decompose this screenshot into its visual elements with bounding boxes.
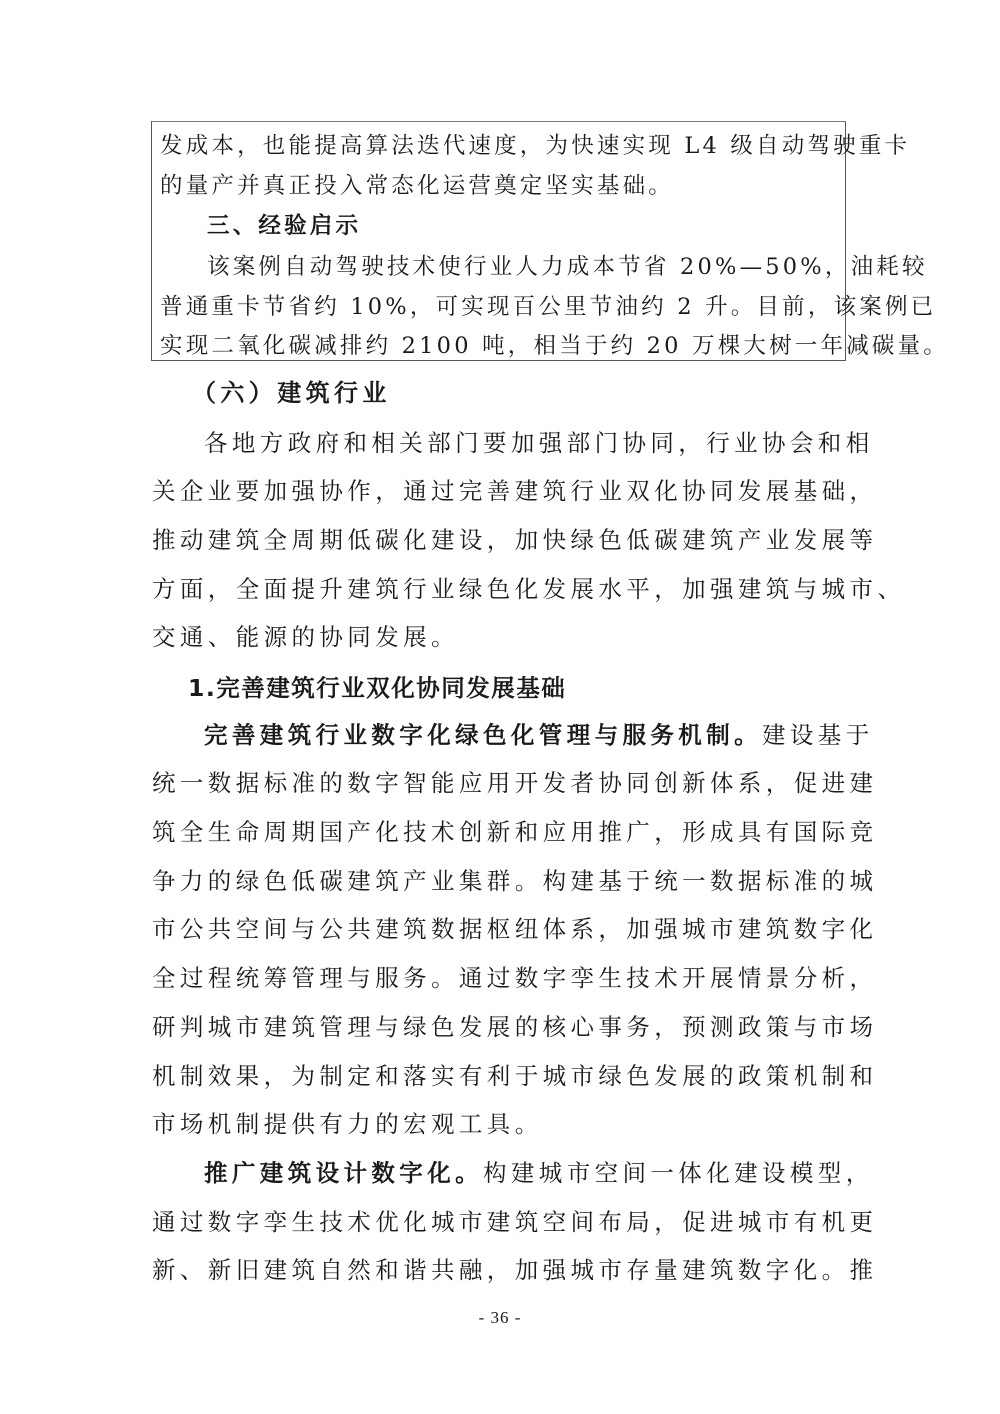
paragraph-line: 机制效果，为制定和落实有利于城市绿色发展的政策机制和: [152, 1061, 877, 1091]
case-summary-line: 该案例自动驾驶技术使行业人力成本节省 20%—50%，油耗较: [207, 252, 928, 282]
case-text-line: 的量产并真正投入常态化运营奠定坚实基础。: [160, 171, 674, 201]
document-page: 发成本，也能提高算法迭代速度，为快速实现 L4 级自动驾驶重卡 的量产并真正投入…: [0, 0, 1000, 1414]
intro-line: 关企业要加强协作，通过完善建筑行业双化协同发展基础，: [152, 476, 877, 506]
case-text-line: 发成本，也能提高算法迭代速度，为快速实现 L4 级自动驾驶重卡: [160, 131, 910, 161]
paragraph-line: 筑全生命周期国产化技术创新和应用推广，形成具有国际竞: [152, 817, 877, 847]
intro-line: 交通、能源的协同发展。: [152, 622, 459, 652]
paragraph-line: 市场机制提供有力的宏观工具。: [152, 1109, 543, 1139]
paragraph-line: 研判城市建筑管理与绿色发展的核心事务，预测政策与市场: [152, 1012, 877, 1042]
paragraph-bold-lead: 推广建筑设计数字化。: [204, 1159, 483, 1187]
paragraph-rest: 构建城市空间一体化建设模型，: [483, 1159, 874, 1187]
paragraph-line: 统一数据标准的数字智能应用开发者协同创新体系，促进建: [152, 768, 877, 798]
intro-line: 各地方政府和相关部门要加强部门协同，行业协会和相: [204, 428, 874, 458]
case-heading: 三、经验启示: [207, 211, 361, 241]
case-summary-line: 普通重卡节省约 10%，可实现百公里节油约 2 升。目前，该案例已: [160, 292, 936, 322]
paragraph-line: 市公共空间与公共建筑数据枢纽体系，加强城市建筑数字化: [152, 914, 877, 944]
paragraph-bold-lead: 完善建筑行业数字化绿色化管理与服务机制。: [204, 721, 762, 749]
paragraph-rest: 建设基于: [762, 721, 874, 749]
paragraph-first-line: 完善建筑行业数字化绿色化管理与服务机制。建设基于: [204, 720, 874, 750]
paragraph-first-line: 推广建筑设计数字化。构建城市空间一体化建设模型，: [204, 1158, 874, 1188]
case-summary-line: 实现二氧化碳减排约 2100 吨，相当于约 20 万棵大树一年减碳量。: [160, 331, 949, 361]
paragraph-line: 通过数字孪生技术优化城市建筑空间布局，促进城市有机更: [152, 1207, 877, 1237]
paragraph-line: 争力的绿色低碳建筑产业集群。构建基于统一数据标准的城: [152, 866, 877, 896]
intro-line: 方面，全面提升建筑行业绿色化发展水平，加强建筑与城市、: [152, 574, 905, 604]
paragraph-line: 新、新旧建筑自然和谐共融，加强城市存量建筑数字化。推: [152, 1255, 877, 1285]
section-heading: （六）建筑行业: [192, 378, 391, 408]
paragraph-line: 全过程统筹管理与服务。通过数字孪生技术开展情景分析，: [152, 963, 877, 993]
page-number: - 36 -: [0, 1308, 1000, 1328]
subsection-heading: 1.完善建筑行业双化协同发展基础: [188, 673, 566, 703]
intro-line: 推动建筑全周期低碳化建设，加快绿色低碳建筑产业发展等: [152, 525, 877, 555]
